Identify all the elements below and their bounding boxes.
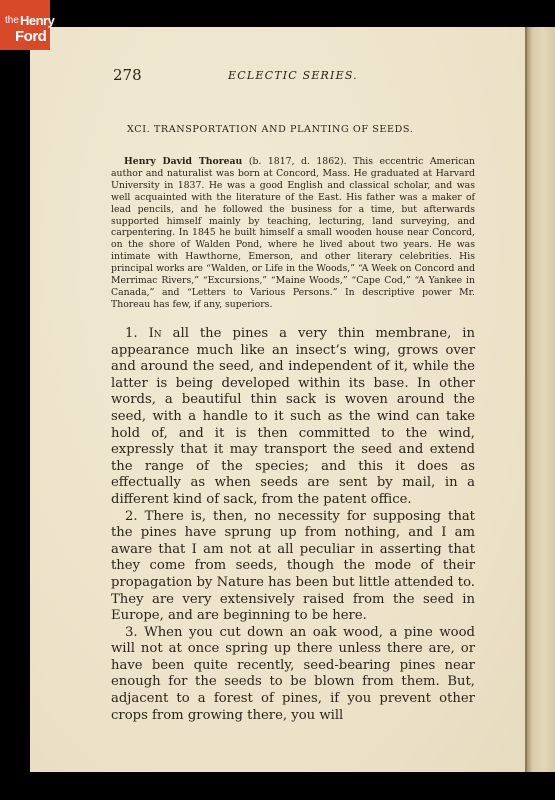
author-name: Henry David Thoreau [124, 156, 242, 167]
paragraph-lead-word: In [149, 326, 162, 341]
biography-text: (b. 1817, d. 1862). This eccentric Ameri… [111, 156, 475, 310]
paragraph-text: There is, then, no necessity for supposi… [111, 509, 475, 624]
paragraph-number: 3. [125, 625, 138, 640]
logo-text-the: the [5, 16, 19, 26]
lesson-title: XCI. TRANSPORTATION AND PLANTING OF SEED… [127, 124, 467, 135]
page-number: 278 [113, 66, 142, 84]
paragraph-text: When you cut down an oak wood, a pine wo… [111, 625, 475, 723]
paragraph-number: 2. [125, 509, 138, 524]
logo-text-ford: Ford [15, 29, 46, 44]
paragraph-1: 1. In all the pines a very thin membrane… [111, 326, 475, 509]
book-gutter [525, 27, 527, 772]
author-biography: Henry David Thoreau (b. 1817, d. 1862). … [111, 156, 475, 311]
logo-text-henry: Henry [20, 14, 54, 27]
running-head: ECLECTIC SERIES. [228, 69, 358, 82]
henry-ford-watermark-logo: the Henry Ford [0, 0, 50, 50]
paragraph-text: all the pines a very thin membrane, in a… [111, 326, 475, 507]
facing-page-edge [527, 27, 555, 772]
lesson-body: 1. In all the pines a very thin membrane… [111, 326, 475, 724]
biography-paragraph: Henry David Thoreau (b. 1817, d. 1862). … [111, 156, 475, 311]
paragraph-3: 3. When you cut down an oak wood, a pine… [111, 625, 475, 725]
paragraph-2: 2. There is, then, no necessity for supp… [111, 509, 475, 625]
paragraph-number: 1. [125, 326, 138, 341]
